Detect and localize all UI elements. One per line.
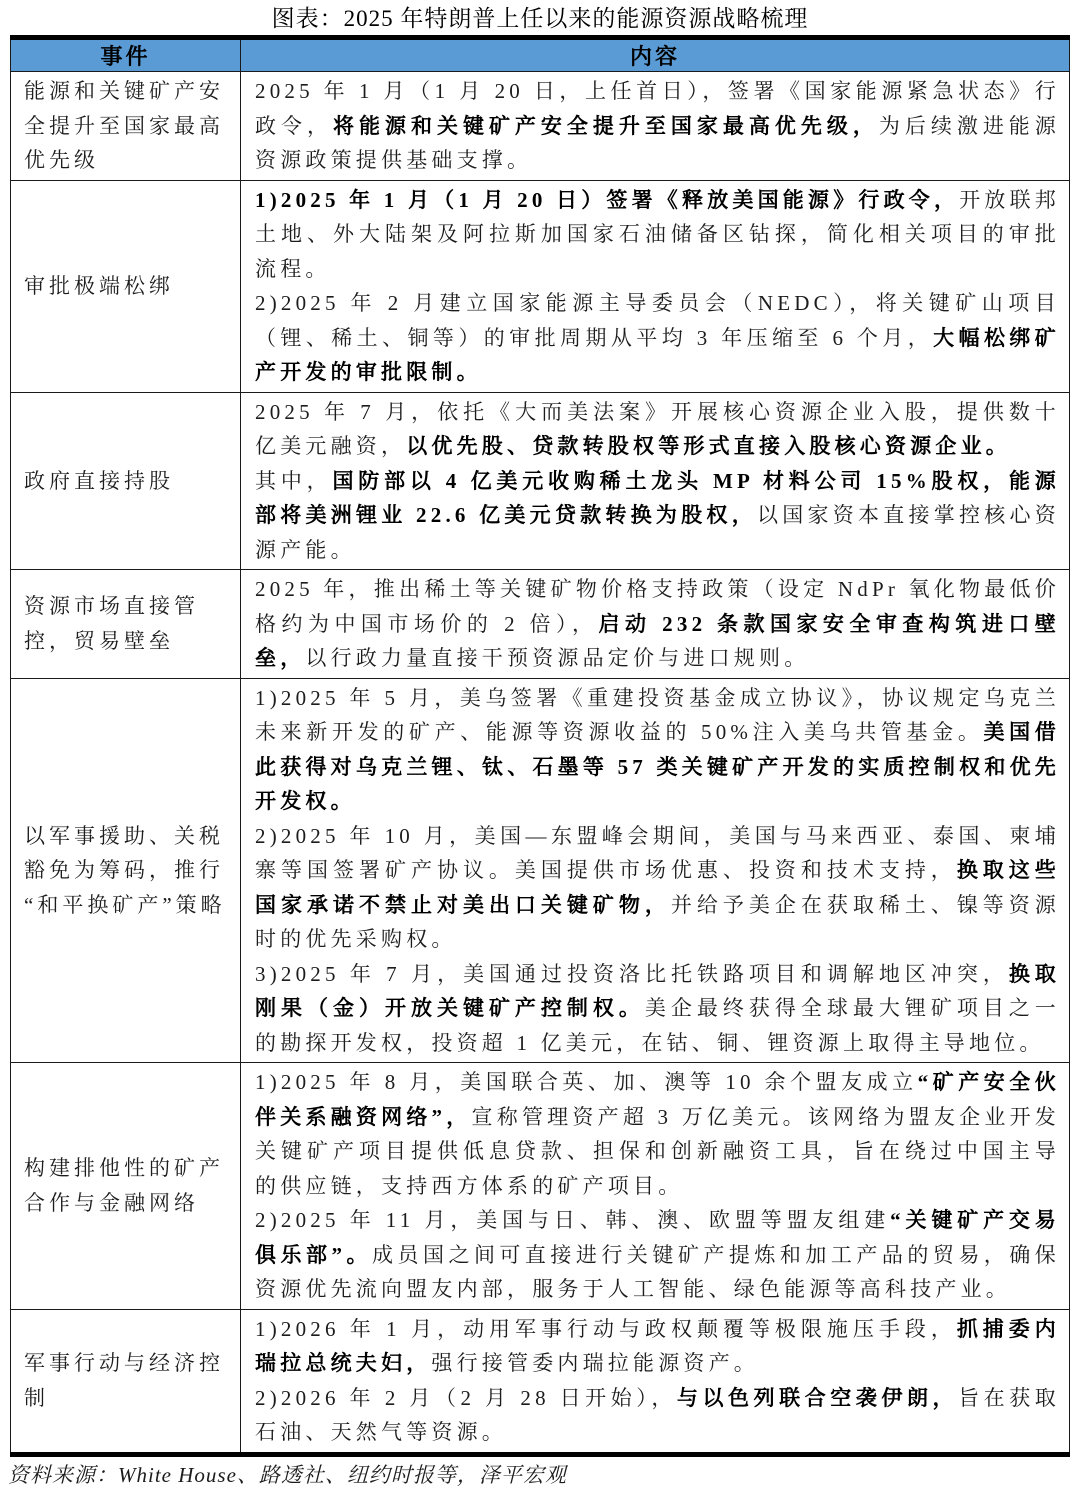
event-cell: 以军事援助、关税豁免为筹码，推行“和平换矿产”策略 (11, 678, 241, 1063)
event-cell: 军事行动与经济控制 (11, 1309, 241, 1454)
table-row: 能源和关键矿产安全提升至国家最高优先级2025 年 1 月（1 月 20 日，上… (11, 72, 1070, 181)
content-cell: 2025 年 7 月，依托《大而美法案》开展核心资源企业入股，提供数十亿美元融资… (241, 392, 1070, 570)
content-cell: 2025 年，推出稀土等关键矿物价格支持政策（设定 NdPr 氧化物最低价格约为… (241, 570, 1070, 679)
table-row: 以军事援助、关税豁免为筹码，推行“和平换矿产”策略1)2025 年 5 月，美乌… (11, 678, 1070, 1063)
content-run: 1)2025 年 8 月，美国联合英、加、澳等 10 余个盟友成立 (255, 1070, 918, 1094)
table-row: 审批极端松绑1)2025 年 1 月（1 月 20 日）签署《释放美国能源》行政… (11, 180, 1070, 392)
event-cell: 构建排他性的矿产合作与金融网络 (11, 1063, 241, 1310)
document-page: 图表：2025 年特朗普上任以来的能源资源战略梳理 事件 内容 能源和关键矿产安… (0, 0, 1080, 1492)
content-run: 强行接管委内瑞拉能源资产。 (431, 1351, 759, 1375)
content-run: 2)2025 年 10 月，美国—东盟峰会期间，美国与马来西亚、泰国、柬埔寨等国… (255, 824, 1060, 883)
content-cell: 1)2026 年 1 月，动用军事行动与政权颠覆等极限施压手段，抓捕委内瑞拉总统… (241, 1309, 1070, 1454)
table-body: 能源和关键矿产安全提升至国家最高优先级2025 年 1 月（1 月 20 日，上… (11, 72, 1070, 1455)
content-run-bold: 与以色列联合空袭伊朗， (677, 1386, 958, 1410)
table-row: 政府直接持股2025 年 7 月，依托《大而美法案》开展核心资源企业入股，提供数… (11, 392, 1070, 570)
table-row: 资源市场直接管控，贸易壁垒2025 年，推出稀土等关键矿物价格支持政策（设定 N… (11, 570, 1070, 679)
strategy-table: 事件 内容 能源和关键矿产安全提升至国家最高优先级2025 年 1 月（1 月 … (10, 35, 1070, 1457)
column-header-event: 事件 (11, 38, 241, 72)
content-paragraph: 2)2025 年 10 月，美国—东盟峰会期间，美国与马来西亚、泰国、柬埔寨等国… (255, 819, 1060, 957)
event-cell: 能源和关键矿产安全提升至国家最高优先级 (11, 72, 241, 181)
header-row: 事件 内容 (11, 38, 1070, 72)
content-paragraph: 2025 年 7 月，依托《大而美法案》开展核心资源企业入股，提供数十亿美元融资… (255, 395, 1060, 464)
content-run: 3)2025 年 7 月，美国通过投资洛比托铁路项目和调解地区冲突， (255, 962, 1009, 986)
content-paragraph: 2025 年，推出稀土等关键矿物价格支持政策（设定 NdPr 氧化物最低价格约为… (255, 572, 1060, 676)
content-run-bold: 将能源和关键矿产安全提升至国家最高优先级， (333, 114, 879, 138)
page-title: 图表：2025 年特朗普上任以来的能源资源战略梳理 (0, 0, 1080, 35)
content-paragraph: 2)2026 年 2 月（2 月 28 日开始），与以色列联合空袭伊朗，旨在获取… (255, 1381, 1060, 1450)
event-cell: 资源市场直接管控，贸易壁垒 (11, 570, 241, 679)
content-cell: 1)2025 年 1 月（1 月 20 日）签署《释放美国能源》行政令，开放联邦… (241, 180, 1070, 392)
content-run: 以行政力量直接干预资源品定价与进口规则。 (305, 646, 809, 670)
content-paragraph: 1)2026 年 1 月，动用军事行动与政权颠覆等极限施压手段，抓捕委内瑞拉总统… (255, 1312, 1060, 1381)
content-run: 2)2025 年 11 月，美国与日、韩、澳、欧盟等盟友组建 (255, 1208, 890, 1232)
content-paragraph: 2)2025 年 2 月建立国家能源主导委员会（NEDC），将关键矿山项目（锂、… (255, 286, 1060, 390)
content-run: 成员国之间可直接进行关键矿产提炼和加工产品的贸易，确保资源优先流向盟友内部，服务… (255, 1243, 1060, 1302)
content-cell: 1)2025 年 5 月，美乌签署《重建投资基金成立协议》，协议规定乌克兰未来新… (241, 678, 1070, 1063)
content-run: 其中， (255, 469, 332, 493)
event-cell: 审批极端松绑 (11, 180, 241, 392)
content-cell: 2025 年 1 月（1 月 20 日，上任首日），签署《国家能源紧急状态》行政… (241, 72, 1070, 181)
content-paragraph: 其中，国防部以 4 亿美元收购稀土龙头 MP 材料公司 15%股权，能源部将美洲… (255, 464, 1060, 568)
content-paragraph: 3)2025 年 7 月，美国通过投资洛比托铁路项目和调解地区冲突，换取刚果（金… (255, 957, 1060, 1061)
content-run: 1)2025 年 5 月，美乌签署《重建投资基金成立协议》，协议规定乌克兰未来新… (255, 686, 1060, 745)
source-note: 资料来源：White House、路透社、纽约时报等，泽平宏观 (0, 1457, 1080, 1492)
event-cell: 政府直接持股 (11, 392, 241, 570)
content-paragraph: 2)2025 年 11 月，美国与日、韩、澳、欧盟等盟友组建“关键矿产交易俱乐部… (255, 1203, 1060, 1307)
content-run-bold: 以优先股、贷款转股权等形式直接入股核心资源企业。 (406, 434, 1011, 458)
content-run: 2)2026 年 2 月（2 月 28 日开始）， (255, 1386, 677, 1410)
content-paragraph: 2025 年 1 月（1 月 20 日，上任首日），签署《国家能源紧急状态》行政… (255, 74, 1060, 178)
content-paragraph: 1)2025 年 1 月（1 月 20 日）签署《释放美国能源》行政令，开放联邦… (255, 183, 1060, 287)
column-header-content: 内容 (241, 38, 1070, 72)
content-paragraph: 1)2025 年 8 月，美国联合英、加、澳等 10 余个盟友成立“矿产安全伙伴… (255, 1065, 1060, 1203)
content-paragraph: 1)2025 年 5 月，美乌签署《重建投资基金成立协议》，协议规定乌克兰未来新… (255, 681, 1060, 819)
content-run: 1)2026 年 1 月，动用军事行动与政权颠覆等极限施压手段， (255, 1317, 957, 1341)
content-cell: 1)2025 年 8 月，美国联合英、加、澳等 10 余个盟友成立“矿产安全伙伴… (241, 1063, 1070, 1310)
table-row: 军事行动与经济控制1)2026 年 1 月，动用军事行动与政权颠覆等极限施压手段… (11, 1309, 1070, 1454)
content-run-bold: 1)2025 年 1 月（1 月 20 日）签署《释放美国能源》行政令， (255, 188, 959, 212)
table-row: 构建排他性的矿产合作与金融网络1)2025 年 8 月，美国联合英、加、澳等 1… (11, 1063, 1070, 1310)
